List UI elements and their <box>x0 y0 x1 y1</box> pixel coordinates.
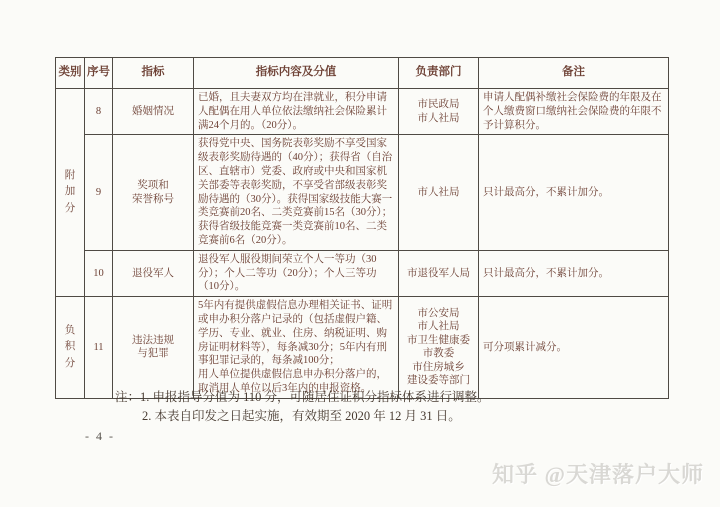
header-indicator: 指标 <box>113 58 194 89</box>
table-row-9: 9 奖项和 荣誉称号 获得党中央、国务院表彰奖励不享受国家级表彰奖励待遇的（40… <box>56 135 669 250</box>
department-cell-11: 市公安局 市人社局 市卫生健康委 市教委 市住房城乡 建设委等部门 <box>399 297 479 399</box>
points-indicator-table: 类别 序号 指标 指标内容及分值 负责部门 备注 附加分 8 婚姻情况 已婚，且… <box>55 57 669 399</box>
table-row-10: 10 退役军人 退役军人服役期间荣立个人一等功（30分）；个人二等功（20分）；… <box>56 250 669 296</box>
content-cell-9: 获得党中央、国务院表彰奖励不享受国家级表彰奖励待遇的（40分）；获得省（自治区、… <box>194 135 399 250</box>
category-label-negative: 负积分 <box>64 323 75 373</box>
indicator-cell-10: 退役军人 <box>113 250 194 296</box>
seq-cell-11: 11 <box>85 297 113 399</box>
zhihu-watermark: 知乎 @天津落户大师 <box>492 458 704 489</box>
content-cell-11: 5年内有提供虚假信息办理相关证书、证明或申办积分落户记录的（包括虚假户籍、学历、… <box>194 297 399 399</box>
category-cell-bonus: 附加分 <box>56 89 85 297</box>
header-sequence: 序号 <box>85 58 113 89</box>
table-notes: 注：1. 申报指导分值为 110 分，可随居住证积分指标体系进行调整。 2. 本… <box>115 388 490 426</box>
note-1: 注：1. 申报指导分值为 110 分，可随居住证积分指标体系进行调整。 <box>115 388 490 407</box>
department-cell-9: 市人社局 <box>399 135 479 250</box>
remark-cell-10: 只计最高分，不累计加分。 <box>479 250 669 296</box>
seq-cell-9: 9 <box>85 135 113 250</box>
remark-cell-8: 申请人配偶补缴社会保险费的年限及在个人缴费窗口缴纳社会保险费的年限不予计算积分。 <box>479 89 669 135</box>
header-department: 负责部门 <box>399 58 479 89</box>
indicator-cell-8: 婚姻情况 <box>113 89 194 135</box>
page-number: - 4 - <box>85 429 115 444</box>
department-cell-8: 市民政局 市人社局 <box>399 89 479 135</box>
document-page: 类别 序号 指标 指标内容及分值 负责部门 备注 附加分 8 婚姻情况 已婚，且… <box>0 0 720 507</box>
note-2: 2. 本表自印发之日起实施，有效期至 2020 年 12 月 31 日。 <box>142 407 490 426</box>
seq-cell-8: 8 <box>85 89 113 135</box>
remark-cell-9: 只计最高分，不累计加分。 <box>479 135 669 250</box>
department-cell-10: 市退役军人局 <box>399 250 479 296</box>
header-remark: 备注 <box>479 58 669 89</box>
category-label-bonus: 附加分 <box>64 168 75 218</box>
table-row-11: 负积分 11 违法违规 与犯罪 5年内有提供虚假信息办理相关证书、证明或申办积分… <box>56 297 669 399</box>
table-header-row: 类别 序号 指标 指标内容及分值 负责部门 备注 <box>56 58 669 89</box>
category-cell-negative: 负积分 <box>56 297 85 399</box>
remark-cell-11: 可分项累计减分。 <box>479 297 669 399</box>
content-cell-10: 退役军人服役期间荣立个人一等功（30分）；个人二等功（20分）；个人三等功（10… <box>194 250 399 296</box>
indicator-cell-11: 违法违规 与犯罪 <box>113 297 194 399</box>
content-cell-8: 已婚，且夫妻双方均在津就业，积分申请人配偶在用人单位依法缴纳社会保险累计满24个… <box>194 89 399 135</box>
header-content-score: 指标内容及分值 <box>194 58 399 89</box>
seq-cell-10: 10 <box>85 250 113 296</box>
indicator-cell-9: 奖项和 荣誉称号 <box>113 135 194 250</box>
header-category: 类别 <box>56 58 85 89</box>
table-row-8: 附加分 8 婚姻情况 已婚，且夫妻双方均在津就业，积分申请人配偶在用人单位依法缴… <box>56 89 669 135</box>
